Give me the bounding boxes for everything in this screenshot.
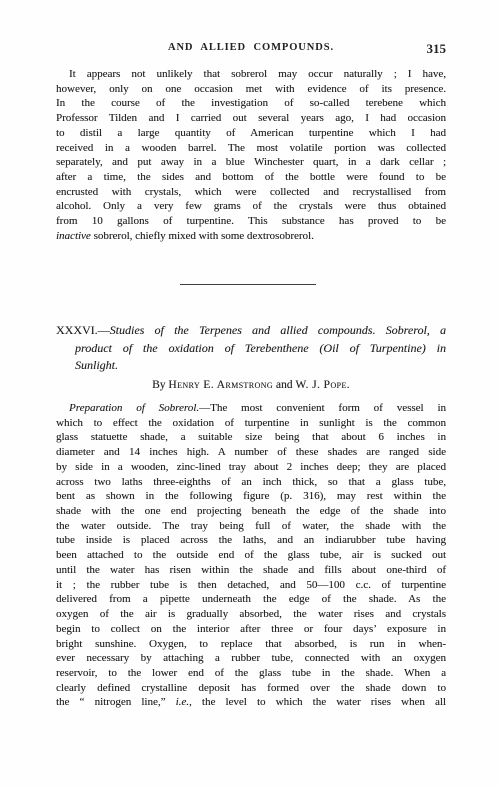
- text-line: by side in a wooden, zinc-lined tray abo…: [56, 460, 446, 475]
- text-segment: ever necessary by attaching a rubber tub…: [56, 652, 446, 664]
- text-segment: bent as shown in the following figure (p…: [56, 490, 446, 502]
- text-line: which to effect the oxidation of turpent…: [56, 416, 446, 431]
- text-segment: been attached to the outside end of the …: [56, 549, 446, 561]
- article-byline: By Henry E. Armstrong and W. J. Pope.: [56, 379, 446, 391]
- text-segment: Preparation of Sobrerol.: [69, 402, 199, 414]
- text-segment: , the level to which the water rises whe…: [189, 696, 446, 708]
- text-line: clearly defined crystalline deposit has …: [56, 681, 446, 696]
- text-segment: alcohol. Only a very few grams of the cr…: [56, 200, 446, 212]
- text-segment: which to effect the oxidation of turpent…: [56, 417, 446, 429]
- text-segment: delivered from a pipette underneath the …: [56, 593, 446, 605]
- intro-paragraph: It appears not unlikely that sobrerol ma…: [56, 67, 446, 244]
- text-line: the “ nitrogen line,” i.e., the level to…: [56, 695, 446, 710]
- text-line: separately, and put away in a blue Winch…: [56, 155, 446, 170]
- text-line: to distil a large quantity of American t…: [56, 126, 446, 141]
- text-segment: oxygen of the air is gradually absorbed,…: [56, 608, 446, 620]
- text-line: across two laths three-eighths of an inc…: [56, 475, 446, 490]
- text-segment: It appears not unlikely that sobrerol ma…: [69, 68, 446, 80]
- text-line: from 10 gallons of turpentine. This subs…: [56, 214, 446, 229]
- text-segment: By: [152, 379, 168, 391]
- text-segment: XXXVI.—: [56, 323, 110, 337]
- text-line: XXXVI.—Studies of the Terpenes and allie…: [56, 322, 446, 340]
- text-segment: clearly defined crystalline deposit has …: [56, 682, 446, 694]
- text-segment: tube inside is placed across the laths, …: [56, 534, 446, 546]
- text-segment: received in a wooden barrel. The most vo…: [56, 142, 446, 154]
- text-segment: separately, and put away in a blue Winch…: [56, 156, 446, 168]
- text-segment: reservoir, to the lower end of the glass…: [56, 667, 446, 679]
- text-line: begin to collect on the interior after t…: [56, 622, 446, 637]
- section-divider-rule: [180, 284, 316, 285]
- text-line: after a time, the sides and bottom of th…: [56, 170, 446, 185]
- text-segment: it ; the rubber tube is then detached, a…: [56, 579, 446, 591]
- text-segment: begin to collect on the interior after t…: [56, 623, 446, 635]
- scanned-journal-page: AND ALLIED COMPOUNDS. 315 It appears not…: [0, 0, 500, 786]
- text-segment: product of the oxidation of Terebenthene…: [75, 341, 446, 355]
- text-segment: inactive: [56, 230, 91, 242]
- text-segment: In the course of the investigation of so…: [56, 97, 446, 109]
- text-line: oxygen of the air is gradually absorbed,…: [56, 607, 446, 622]
- page-header: AND ALLIED COMPOUNDS. 315: [56, 42, 446, 60]
- text-line: It appears not unlikely that sobrerol ma…: [56, 67, 446, 82]
- text-line: diameter and 14 inches high. A number of…: [56, 445, 446, 460]
- text-line: bright sunshine. Oxygen, to replace that…: [56, 637, 446, 652]
- text-segment: bright sunshine. Oxygen, to replace that…: [56, 638, 446, 650]
- text-line: inactive sobrerol, chiefly mixed with so…: [56, 229, 446, 244]
- text-segment: by side in a wooden, zinc-lined tray abo…: [56, 461, 446, 473]
- text-line: In the course of the investigation of so…: [56, 96, 446, 111]
- text-line: until the water has risen within the sha…: [56, 563, 446, 578]
- text-segment: to distil a large quantity of American t…: [56, 127, 446, 139]
- text-line: ever necessary by attaching a rubber tub…: [56, 651, 446, 666]
- article-title: XXXVI.—Studies of the Terpenes and allie…: [56, 322, 446, 375]
- text-line: the water outside. The tray being full o…: [56, 519, 446, 534]
- text-segment: sobrerol, chiefly mixed with some dextro…: [91, 230, 314, 242]
- text-segment: diameter and 14 inches high. A number of…: [56, 446, 446, 458]
- text-line: product of the oxidation of Terebenthene…: [56, 340, 446, 358]
- text-line: encrusted with crystals, which were coll…: [56, 185, 446, 200]
- text-line: received in a wooden barrel. The most vo…: [56, 141, 446, 156]
- text-segment: —The most convenient form of vessel in: [199, 402, 446, 414]
- text-segment: across two laths three-eighths of an inc…: [56, 476, 446, 488]
- preparation-paragraph: Preparation of Sobrerol.—The most conven…: [56, 401, 446, 710]
- text-line: it ; the rubber tube is then detached, a…: [56, 578, 446, 593]
- text-segment: and: [273, 379, 295, 391]
- text-segment: i.e.: [176, 696, 189, 708]
- page-number: 315: [427, 41, 447, 57]
- text-line: however, only on one occasion met with e…: [56, 82, 446, 97]
- text-segment: shade with the one end projecting beneat…: [56, 505, 446, 517]
- text-line: tube inside is placed across the laths, …: [56, 533, 446, 548]
- text-segment: glass statuette shade, a suitable size b…: [56, 431, 446, 443]
- text-line: Professor Tilden and I carried out sever…: [56, 111, 446, 126]
- text-segment: the “ nitrogen line,”: [56, 696, 176, 708]
- text-segment: after a time, the sides and bottom of th…: [56, 171, 446, 183]
- text-segment: encrusted with crystals, which were coll…: [56, 186, 446, 198]
- text-segment: until the water has risen within the sha…: [56, 564, 446, 576]
- text-segment: Henry E. Armstrong: [168, 379, 273, 391]
- text-segment: however, only on one occasion met with e…: [56, 83, 446, 95]
- text-line: Sunlight.: [56, 357, 446, 375]
- text-line: Preparation of Sobrerol.—The most conven…: [56, 401, 446, 416]
- running-title: AND ALLIED COMPOUNDS.: [56, 42, 446, 53]
- text-segment: W. J. Pope.: [295, 379, 350, 391]
- text-line: bent as shown in the following figure (p…: [56, 489, 446, 504]
- text-line: shade with the one end projecting beneat…: [56, 504, 446, 519]
- text-line: reservoir, to the lower end of the glass…: [56, 666, 446, 681]
- text-segment: Studies of the Terpenes and allied compo…: [110, 323, 446, 337]
- text-line: been attached to the outside end of the …: [56, 548, 446, 563]
- text-line: alcohol. Only a very few grams of the cr…: [56, 199, 446, 214]
- text-segment: Professor Tilden and I carried out sever…: [56, 112, 446, 124]
- text-line: glass statuette shade, a suitable size b…: [56, 430, 446, 445]
- text-segment: Sunlight.: [75, 358, 118, 372]
- text-line: delivered from a pipette underneath the …: [56, 592, 446, 607]
- text-segment: from 10 gallons of turpentine. This subs…: [56, 215, 446, 227]
- text-segment: the water outside. The tray being full o…: [56, 520, 446, 532]
